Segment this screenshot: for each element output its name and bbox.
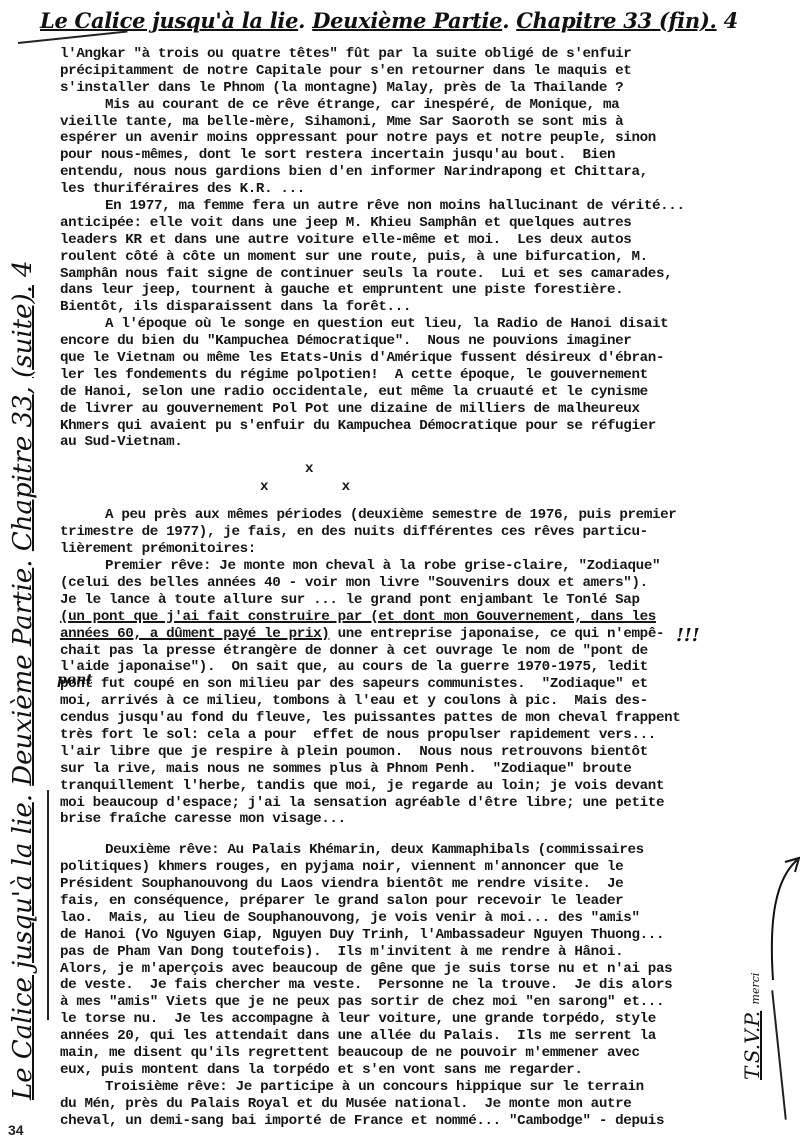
separator-top: x <box>60 461 760 479</box>
header-mark: 4 <box>724 8 738 33</box>
text-line: moi, arrivés à ce milieu, tombons à l'ea… <box>60 693 760 710</box>
header-book-title: Le Calice jusqu'à la lie <box>40 8 298 33</box>
text-line: politiques) khmers rouges, en pyjama noi… <box>60 859 760 876</box>
margin-book-title: Le Calice jusqu'à la lie <box>8 802 38 1100</box>
margin-chapter: Chapitre 33 <box>8 394 38 551</box>
left-margin-rule <box>47 790 49 1020</box>
text-line: que le Vietnam ou même les Etats-Unis d'… <box>60 350 760 367</box>
text-line: Deuxième rêve: Au Palais Khémarin, deux … <box>60 842 760 859</box>
text-line: Khmers qui avaient pu s'enfuir du Kampuc… <box>60 418 760 435</box>
underlined-passage: (un pont que j'ai fait construire par (e… <box>60 609 656 625</box>
separator-bottom: x x <box>60 479 760 497</box>
document-page: Le Calice jusqu'à la lie. Deuxième Parti… <box>0 0 800 1142</box>
text-line: de Hanoi (Vo Nguyen Giap, Nguyen Duy Tri… <box>60 927 760 944</box>
text-line: du Mén, près du Palais Royal et du Musée… <box>60 1096 760 1113</box>
margin-mark: 4 <box>8 260 38 277</box>
text-line: ler les fondements du régime polpotien! … <box>60 367 760 384</box>
text-line: En 1977, ma femme fera un autre rêve non… <box>60 198 760 215</box>
paragraph-block-1: l'Angkar "à trois ou quatre têtes" fût p… <box>60 46 760 451</box>
text-line: encore du bien du "Kampuchea Démocratiqu… <box>60 333 760 350</box>
text-line: brise fraîche caresse mon visage... <box>60 811 760 828</box>
text-line: (un pont que j'ai fait construire par (e… <box>60 609 760 626</box>
tsvp-note: T.S.V.P. <box>740 1011 764 1080</box>
handwritten-insert-pont: pont <box>57 672 93 688</box>
text-line: à mes "amis" Viets que je ne peux pas so… <box>60 994 760 1011</box>
paragraph-block-3: Deuxième rêve: Au Palais Khémarin, deux … <box>60 842 760 1129</box>
merci-note: merci <box>749 973 762 1005</box>
text-line: entendu, nous nous gardions bien d'en in… <box>60 164 760 181</box>
text-line: Bientôt, ils disparaissent dans la forêt… <box>60 299 760 316</box>
text-line: moi beaucoup d'espace; j'ai la sensation… <box>60 795 760 812</box>
margin-suffix: (suite). <box>8 285 38 378</box>
text-line: l'Angkar "à trois ou quatre têtes" fût p… <box>60 46 760 63</box>
text-line: Je le lance à toute allure sur ... le gr… <box>60 592 760 609</box>
text-line: Mis au courant de ce rêve étrange, car i… <box>60 97 760 114</box>
text-line: espérer un avenir moins oppressant pour … <box>60 130 760 147</box>
text-line: roulent côté à côte un moment sur une ro… <box>60 249 760 266</box>
handwritten-header: Le Calice jusqu'à la lie. Deuxième Parti… <box>40 8 740 48</box>
text-line: pas de Pham Van Dong toutefois). Ils m'i… <box>60 944 760 961</box>
text-line: années 60, a dûment payé le prix) une en… <box>60 626 760 643</box>
text-line: au Sud-Vietnam. <box>60 434 760 451</box>
text-line: A l'époque où le songe en question eut l… <box>60 316 760 333</box>
text-line: Premier rêve: Je monte mon cheval à la r… <box>60 558 760 575</box>
text-line: Président Souphanouvong du Laos viendra … <box>60 876 760 893</box>
text-line: Troisième rêve: Je participe à un concou… <box>60 1079 760 1096</box>
text-line: dans leur jeep, tournent à gauche et emp… <box>60 282 760 299</box>
text-line: années 20, qui les attendait dans une al… <box>60 1028 760 1045</box>
text-line: trimestre de 1977), je fais, en des nuit… <box>60 524 760 541</box>
text-line: sur la rive, mais nous ne sommes plus à … <box>60 761 760 778</box>
text-line: leaders KR et dans une autre voiture ell… <box>60 232 760 249</box>
handwritten-exclamations: !!! <box>676 625 700 646</box>
text-line: fais, en conséquence, préparer le grand … <box>60 893 760 910</box>
text-line: de livrer au gouvernement Pol Pot une di… <box>60 401 760 418</box>
text-line: (celui des belles années 40 - voir mon l… <box>60 575 760 592</box>
text-line: de Hanoi, selon une radio occidentale, e… <box>60 384 760 401</box>
text-line: le torse nu. Je les accompagne à leur vo… <box>60 1011 760 1028</box>
text-line: vieille tante, ma belle-mère, Sihamoni, … <box>60 114 760 131</box>
text-line: pour nous-mêmes, dont le sort restera in… <box>60 147 760 164</box>
text-line: cendus jusqu'au fond du fleuve, les puis… <box>60 710 760 727</box>
typewritten-body: l'Angkar "à trois ou quatre têtes" fût p… <box>60 46 760 1129</box>
text-line: cheval, un demi-sang bai importé de Fran… <box>60 1113 760 1130</box>
margin-part: Deuxième Partie <box>8 568 38 786</box>
text-line: eux, puis montent dans la torpédo et s'e… <box>60 1062 760 1079</box>
text-line: A peu près aux mêmes périodes (deuxième … <box>60 507 760 524</box>
left-margin-annotation: Le Calice jusqu'à la lie. Deuxième Parti… <box>8 40 58 1100</box>
text-line: main, me disent qu'ils regrettent beauco… <box>60 1045 760 1062</box>
text-line: pont fut coupé en son milieu par des sap… <box>60 676 760 693</box>
header-part: Deuxième Partie <box>312 8 502 33</box>
text-line: s'installer dans le Phnom (la montagne) … <box>60 80 760 97</box>
text-line: tranquillement l'herbe, tandis que moi, … <box>60 778 760 795</box>
text-line: très fort le sol: cela a pour effet de n… <box>60 727 760 744</box>
text-line: les thuriféraires des K.R. ... <box>60 181 760 198</box>
text-line: anticipée: elle voit dans une jeep M. Kh… <box>60 215 760 232</box>
text-line: lao. Mais, au lieu de Souphanouvong, je … <box>60 910 760 927</box>
header-chapter: Chapitre 33 (fin). <box>516 8 716 33</box>
paragraph-block-2: A peu près aux mêmes périodes (deuxième … <box>60 507 760 828</box>
text-line: l'air libre que je respire à plein poumo… <box>60 744 760 761</box>
text-line: Alors, je m'aperçois avec beaucoup de gê… <box>60 961 760 978</box>
text-line: précipitamment de notre Capitale pour s'… <box>60 63 760 80</box>
text-line: de veste. Je fais chercher ma veste. Per… <box>60 977 760 994</box>
text-line: lièrement prémonitoires: <box>60 541 760 558</box>
text-line: chait pas la presse étrangère de donner … <box>60 643 760 660</box>
text-line: Samphân nous fait signe de continuer seu… <box>60 266 760 283</box>
underlined-passage: années 60, a dûment payé le prix) <box>60 626 329 642</box>
page-number: 34 <box>8 1122 24 1138</box>
text-line: l'aide japonaise"). On sait que, au cour… <box>60 659 760 676</box>
